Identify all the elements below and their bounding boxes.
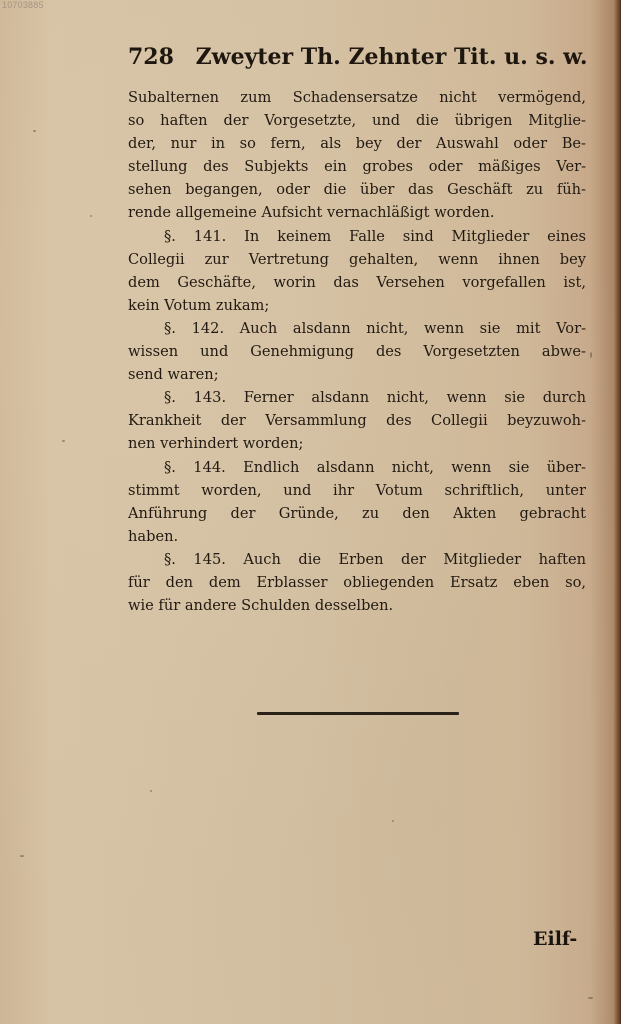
text-line: §. 144. Endlich alsdann nicht, wenn sie … bbox=[128, 456, 586, 479]
catchword: Eilf- bbox=[533, 928, 577, 950]
paragraph-section-142: §. 142. Auch alsdann nicht, wenn sie mit… bbox=[128, 317, 586, 386]
text-line: Collegii zur Vertretung gehalten, wenn i… bbox=[128, 248, 586, 271]
text-line: so haften der Vorgesetzte, und die übrig… bbox=[128, 109, 586, 132]
page-number: 728 bbox=[128, 44, 174, 70]
text-line: stimmt worden, und ihr Votum schriftlich… bbox=[128, 479, 586, 502]
text-line: Anführung der Gründe, zu den Akten gebra… bbox=[128, 502, 586, 525]
text-line: haben. bbox=[128, 525, 586, 548]
text-line: send waren; bbox=[128, 363, 586, 386]
text-line: sehen begangen, oder die über das Geschä… bbox=[128, 178, 586, 201]
paper-speck bbox=[590, 352, 592, 358]
scan-identifier: 10703885 bbox=[2, 0, 44, 10]
running-title: Zweyter Th. Zehnter Tit. u. s. w. bbox=[196, 44, 588, 70]
running-header: 728 Zweyter Th. Zehnter Tit. u. s. w. bbox=[128, 44, 578, 70]
text-line: §. 141. In keinem Falle sind Mitglieder … bbox=[128, 225, 586, 248]
section-end-rule bbox=[257, 712, 459, 715]
paper-speck bbox=[33, 130, 36, 132]
text-line: Krankheit der Versammlung des Collegii b… bbox=[128, 409, 586, 432]
paper-speck bbox=[62, 440, 65, 442]
text-line: für den dem Erblasser obliegenden Ersatz… bbox=[128, 571, 586, 594]
text-line: der, nur in so fern, als bey der Auswahl… bbox=[128, 132, 586, 155]
text-line: §. 143. Ferner alsdann nicht, wenn sie d… bbox=[128, 386, 586, 409]
paragraph-section-143: §. 143. Ferner alsdann nicht, wenn sie d… bbox=[128, 386, 586, 455]
paragraph-section-145: §. 145. Auch die Erben der Mitglieder ha… bbox=[128, 548, 586, 617]
paper-speck bbox=[20, 855, 24, 857]
paper-speck bbox=[588, 997, 593, 999]
paragraph-continuation: Subalternen zum Schadensersatze nicht ve… bbox=[128, 86, 586, 225]
paper-speck bbox=[392, 820, 394, 822]
text-line: wie für andere Schulden desselben. bbox=[128, 594, 586, 617]
text-line: kein Votum zukam; bbox=[128, 294, 586, 317]
text-line: §. 142. Auch alsdann nicht, wenn sie mit… bbox=[128, 317, 586, 340]
body-text: Subalternen zum Schadensersatze nicht ve… bbox=[128, 86, 586, 617]
page-spine-edge bbox=[613, 0, 621, 1024]
paper-speck bbox=[90, 215, 92, 217]
text-line: §. 145. Auch die Erben der Mitglieder ha… bbox=[128, 548, 586, 571]
text-line: stellung des Subjekts ein grobes oder mä… bbox=[128, 155, 586, 178]
paragraph-section-144: §. 144. Endlich alsdann nicht, wenn sie … bbox=[128, 456, 586, 548]
text-line: dem Geschäfte, worin das Versehen vorgef… bbox=[128, 271, 586, 294]
paragraph-section-141: §. 141. In keinem Falle sind Mitglieder … bbox=[128, 225, 586, 317]
text-line: nen verhindert worden; bbox=[128, 432, 586, 455]
text-line: Subalternen zum Schadensersatze nicht ve… bbox=[128, 86, 586, 109]
paper-speck bbox=[150, 790, 152, 792]
book-page: 10703885 728 Zweyter Th. Zehnter Tit. u.… bbox=[0, 0, 621, 1024]
text-line: wissen und Genehmigung des Vorgesetzten … bbox=[128, 340, 586, 363]
text-line: rende allgemeine Aufsicht vernachläßigt … bbox=[128, 201, 586, 224]
